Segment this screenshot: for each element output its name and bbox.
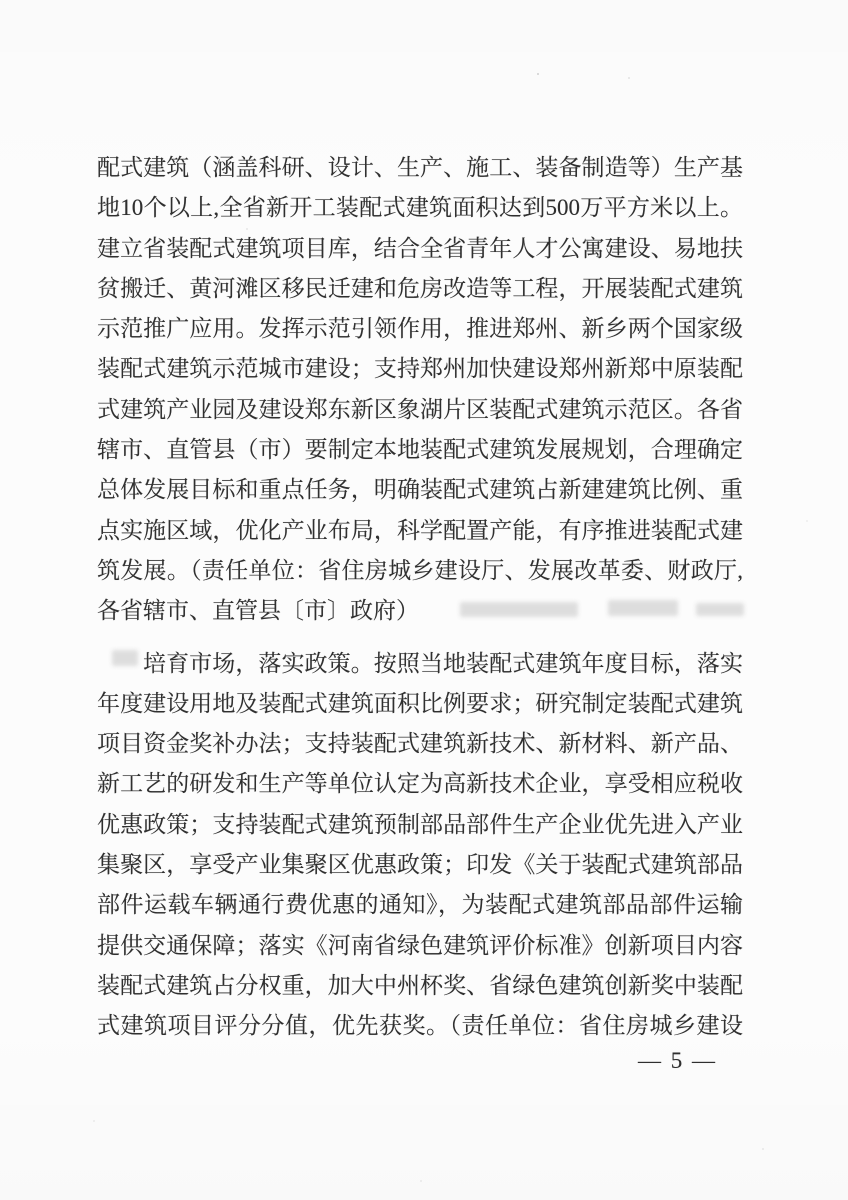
text-line: 地10个以上,全省新开工装配式建筑面积达到500万平方米以上。 bbox=[97, 188, 743, 228]
text-line: 各省辖市、直管县〔市〕政府） bbox=[97, 591, 743, 631]
text-line: 优惠政策；支持装配式建筑预制部品部件生产企业优先进入产业 bbox=[97, 805, 743, 845]
text-line: 式建筑产业园及建设郑东新区象湖片区装配式建筑示范区。各省 bbox=[97, 390, 743, 430]
text-line: 提供交通保障；落实《河南省绿色建筑评价标准》创新项目内容 bbox=[97, 926, 743, 966]
text-line: 集聚区，享受产业集聚区优惠政策；印发《关于装配式建筑部品 bbox=[97, 845, 743, 885]
text-line: 新工艺的研发和生产等单位认定为高新技术企业，享受相应税收 bbox=[97, 764, 743, 804]
paragraph-market-cultivation: 培育市场，落实政策。按照当地装配式建筑年度目标，落实年度建设用地及装配式建筑面积… bbox=[97, 644, 743, 1047]
text-block: 配式建筑（涵盖科研、设计、生产、施工、装备制造等）生产基地10个以上,全省新开工… bbox=[97, 148, 743, 1047]
text-line: 辖市、直管县（市）要制定本地装配式建筑发展规划，合理确定 bbox=[97, 430, 743, 470]
text-line: 部件运载车辆通行费优惠的通知》，为装配式建筑部品部件运输 bbox=[97, 885, 743, 925]
scan-noise bbox=[0, 0, 2, 2]
text-line: 年度建设用地及装配式建筑面积比例要求；研究制定装配式建筑 bbox=[97, 684, 743, 724]
text-line: 项目资金奖补办法；支持装配式建筑新技术、新材料、新产品、 bbox=[97, 724, 743, 764]
text-line: 总体发展目标和重点任务，明确装配式建筑占新建建筑比例、重 bbox=[97, 470, 743, 510]
paragraph-policy-layout: 配式建筑（涵盖科研、设计、生产、施工、装备制造等）生产基地10个以上,全省新开工… bbox=[97, 148, 743, 632]
text-line: 装配式建筑占分权重，加大中州杯奖、省绿色建筑创新奖中装配 bbox=[97, 966, 743, 1006]
page-number: — 5 — bbox=[638, 1048, 717, 1074]
text-line: 培育市场，落实政策。按照当地装配式建筑年度目标，落实 bbox=[97, 644, 743, 684]
text-line: 示范推广应用。发挥示范引领作用，推进郑州、新乡两个国家级 bbox=[97, 309, 743, 349]
text-line: 装配式建筑示范城市建设；支持郑州加快建设郑州新郑中原装配 bbox=[97, 349, 743, 389]
scanned-document-page: 配式建筑（涵盖科研、设计、生产、施工、装备制造等）生产基地10个以上,全省新开工… bbox=[0, 0, 848, 1200]
text-line: 建立省装配式建筑项目库，结合全省青年人才公寓建设、易地扶 bbox=[97, 229, 743, 269]
text-line: 贫搬迁、黄河滩区移民迁建和危房改造等工程，开展装配式建筑 bbox=[97, 269, 743, 309]
text-line: 筑发展。（责任单位：省住房城乡建设厅、发展改革委、财政厅, bbox=[97, 551, 743, 591]
text-line: 点实施区域，优化产业布局，科学配置产能，有序推进装配式建 bbox=[97, 511, 743, 551]
text-line: 式建筑项目评分分值，优先获奖。（责任单位：省住房城乡建设 bbox=[97, 1006, 743, 1046]
text-line: 配式建筑（涵盖科研、设计、生产、施工、装备制造等）生产基 bbox=[97, 148, 743, 188]
